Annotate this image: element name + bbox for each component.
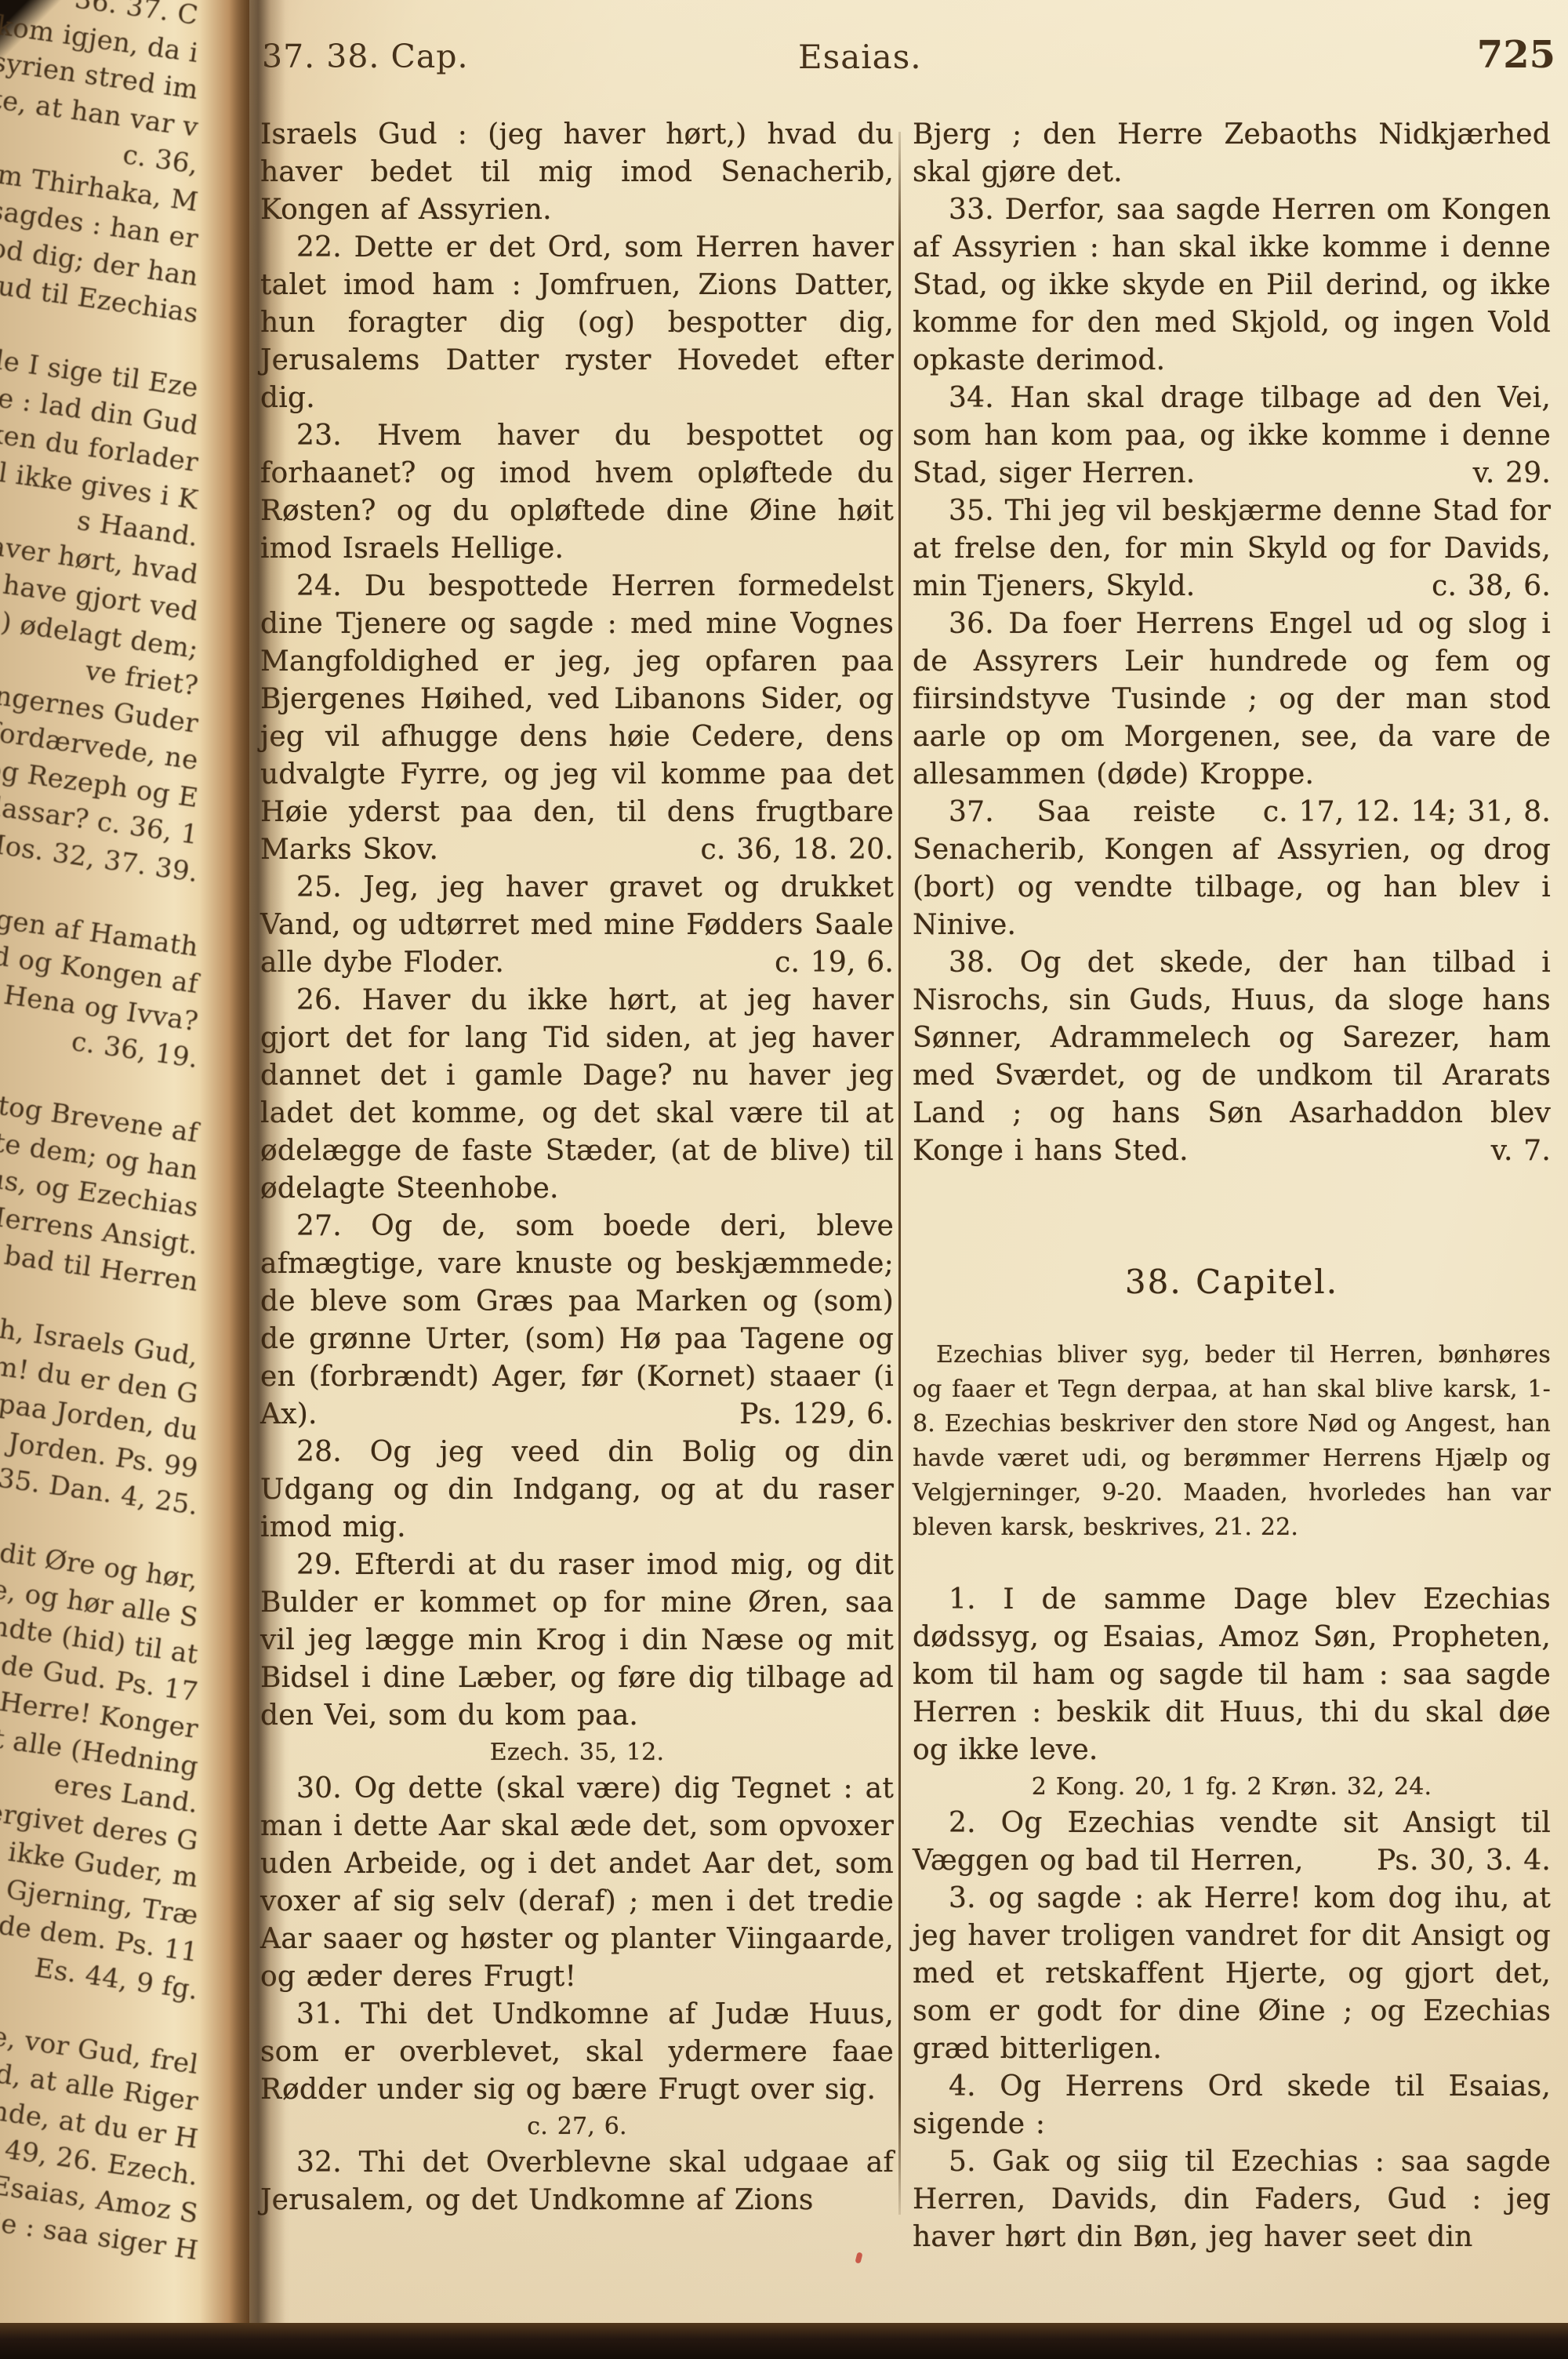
book-title: Esaias. — [798, 38, 922, 76]
right-column: Bjerg ; den Herre Zebaoths Nidkjærhed sk… — [913, 116, 1551, 2256]
paragraph-text: 5. Gak og siig til Ezechias : saa sagde … — [913, 2146, 1551, 2253]
paragraph-text: 29. Efterdi at du raser imod mig, og dit… — [260, 1549, 894, 1732]
verse-paragraph: 34. Han skal drage tilbage ad den Vei, s… — [913, 380, 1551, 493]
verse-cross-reference: v. 7. — [1444, 1132, 1551, 1170]
verse-paragraph: 2. Og Ezechias vendte sit Ansigt til Væg… — [913, 1805, 1551, 1880]
verse-paragraph: 22. Dette er det Ord, som Herren haver t… — [260, 229, 894, 417]
paragraph-text: 32. Thi det Overblevne skal udgaae af Je… — [260, 2146, 894, 2216]
verse-paragraph: 32. Thi det Overblevne skal udgaae af Je… — [260, 2144, 894, 2219]
paragraph-text: c. 27, 6. — [527, 2113, 627, 2140]
paragraph-text: 31. Thi det Undkomne af Judæ Huus, som e… — [260, 1998, 894, 2106]
paragraph-text: 33. Derfor, saa sagde Herren om Kongen a… — [913, 194, 1551, 376]
main-page: 37. 38. Cap. Esaias. 725 Israels Gud : (… — [249, 0, 1568, 2323]
verse-cross-reference: c. 36, 18. 20. — [654, 831, 895, 869]
paragraph-text: 3. og sagde : ak Herre! kom dog ihu, at … — [913, 1882, 1551, 2065]
chapter-summary: Ezechias bliver syg, beder til Herren, b… — [913, 1338, 1551, 1545]
verse-cross-reference: v. 29. — [1426, 455, 1551, 493]
paragraph-text: 4. Og Herrens Ord skede til Esaias, sige… — [913, 2070, 1551, 2140]
chapter-heading: 38. Capitel. — [913, 1261, 1551, 1303]
paragraph-text: 30. Og dette (skal være) dig Tegnet : at… — [260, 1772, 894, 1993]
verse-paragraph: 38. Og det skede, der han tilbad i Nisro… — [913, 944, 1551, 1170]
verse-continuation-paragraph: Bjerg ; den Herre Zebaoths Nidkjærhed sk… — [913, 116, 1551, 191]
verse-paragraph: 33. Derfor, saa sagde Herren om Kongen a… — [913, 191, 1551, 380]
verse-paragraph: 36. Da foer Herrens Engel ud og slog i d… — [913, 605, 1551, 794]
paragraph-text: Bjerg ; den Herre Zebaoths Nidkjærhed sk… — [913, 118, 1551, 188]
verse-paragraph: 31. Thi det Undkomne af Judæ Huus, som e… — [260, 1996, 894, 2109]
previous-page-edge: 36. 37. Csake kom igjen, da iaf Assyrien… — [0, 0, 249, 2323]
verse-paragraph: 1. I de samme Dage blev Ezechias dødssyg… — [913, 1581, 1551, 1769]
page-header: 37. 38. Cap. Esaias. 725 — [249, 33, 1568, 83]
verse-paragraph: 28. Og jeg veed din Bolig og din Udgang … — [260, 1434, 894, 1547]
verse-paragraph: 23. Hvem haver du bespottet og forhaanet… — [260, 417, 894, 568]
page-number: 725 — [1477, 33, 1555, 77]
verse-paragraph: 3. og sagde : ak Herre! kom dog ihu, at … — [913, 1880, 1551, 2068]
verse-cross-reference: Ps. 129, 6. — [692, 1396, 894, 1434]
paragraph-text: 24. Du bespottede Herren formedelst dine… — [260, 570, 894, 866]
verse-paragraph: 24. Du bespottede Herren formedelst dine… — [260, 568, 894, 869]
centered-cross-reference: c. 27, 6. — [260, 2109, 894, 2144]
verse-paragraph: 4. Og Herrens Ord skede til Esaias, sige… — [913, 2068, 1551, 2143]
paragraph-text: 36. Da foer Herrens Engel ud og slog i d… — [913, 608, 1551, 791]
verse-paragraph: 25. Jeg, jeg haver gravet og drukket Van… — [260, 869, 894, 982]
paragraph-text: 26. Haver du ikke hørt, at jeg haver gjo… — [260, 984, 894, 1205]
verse-cross-reference: c. 38, 6. — [1385, 568, 1551, 605]
verse-paragraph: 5. Gak og siig til Ezechias : saa sagde … — [913, 2143, 1551, 2256]
bottom-shadow — [0, 2323, 1568, 2359]
paragraph-text: 1. I de samme Dage blev Ezechias dødssyg… — [913, 1583, 1551, 1766]
previous-page-text-fragments: 36. 37. Csake kom igjen, da iaf Assyrien… — [0, 3, 235, 2276]
column-divider — [898, 132, 901, 2215]
verse-paragraph: 27. Og de, som boede deri, bleve afmægti… — [260, 1208, 894, 1434]
paragraph-text: 38. Capitel. — [1125, 1263, 1338, 1301]
paragraph-text: 23. Hvem haver du bespottet og forhaanet… — [260, 420, 894, 565]
left-column: Israels Gud : (jeg haver hørt,) hvad du … — [260, 116, 894, 2219]
chapter-range-label: 37. 38. Cap. — [262, 38, 469, 75]
verse-paragraph: 35. Thi jeg vil beskjærme denne Stad for… — [913, 493, 1551, 605]
paragraph-text: Ezech. 35, 12. — [490, 1739, 664, 1766]
centered-cross-reference: 2 Kong. 20, 1 fg. 2 Krøn. 32, 24. — [913, 1769, 1551, 1805]
paragraph-text: 22. Dette er det Ord, som Herren haver t… — [260, 231, 894, 414]
verse-cross-reference: Ps. 30, 3. 4. — [1330, 1842, 1551, 1880]
paragraph-text: 28. Og jeg veed din Bolig og din Udgang … — [260, 1436, 894, 1543]
paragraph-text: Israels Gud : (jeg haver hørt,) hvad du … — [260, 118, 894, 226]
paragraph-text: 2 Kong. 20, 1 fg. 2 Krøn. 32, 24. — [1032, 1773, 1432, 1801]
paragraph-text: Ezechias bliver syg, beder til Herren, b… — [913, 1341, 1551, 1541]
verse-paragraph: 30. Og dette (skal være) dig Tegnet : at… — [260, 1770, 894, 1996]
verse-cross-reference: c. 17, 12. 14; 31, 8. — [1216, 794, 1551, 831]
verse-paragraph: 29. Efterdi at du raser imod mig, og dit… — [260, 1547, 894, 1735]
verse-continuation-paragraph: Israels Gud : (jeg haver hørt,) hvad du … — [260, 116, 894, 229]
verse-paragraph: 26. Haver du ikke hørt, at jeg haver gjo… — [260, 982, 894, 1208]
verse-cross-reference: c. 19, 6. — [728, 944, 894, 982]
centered-cross-reference: Ezech. 35, 12. — [260, 1735, 894, 1770]
